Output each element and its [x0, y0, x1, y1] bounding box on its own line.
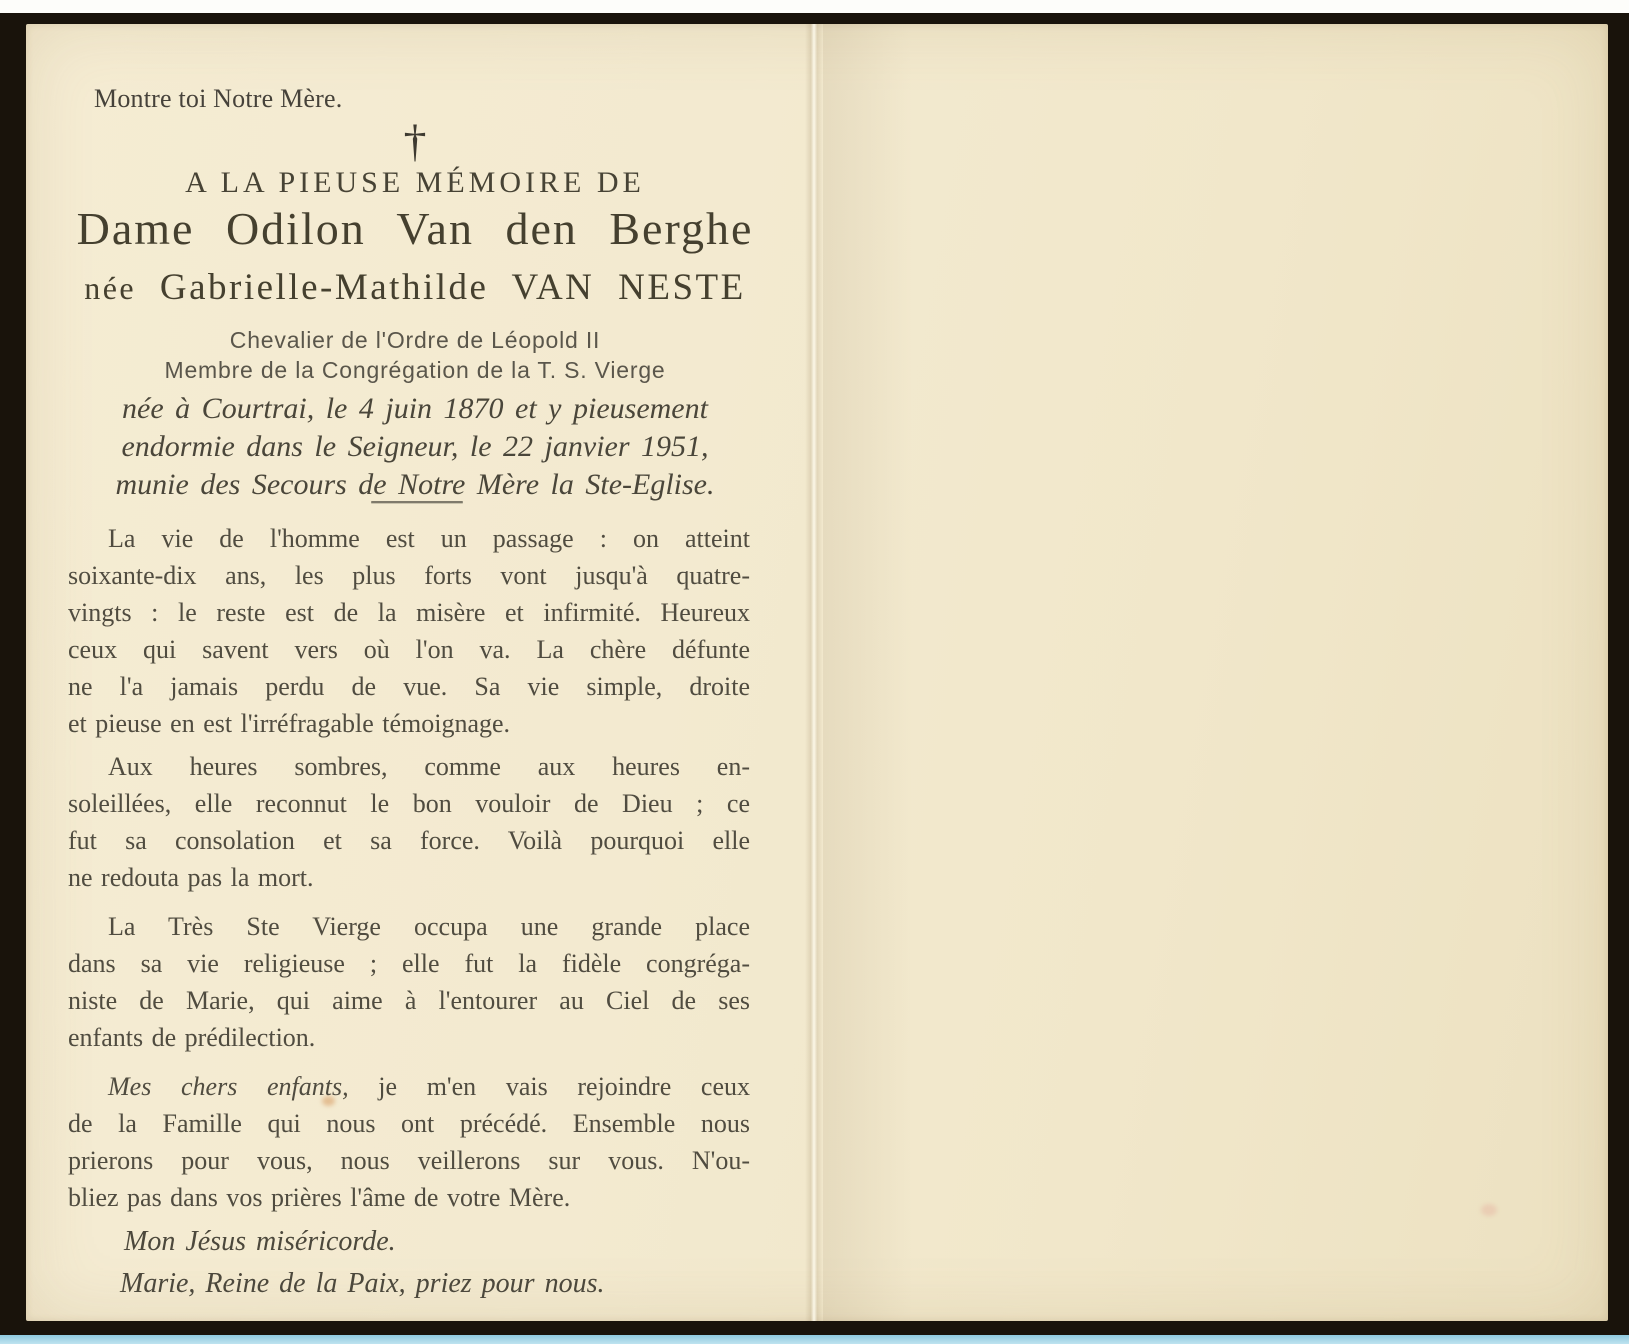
paragraph: La vie de l'homme est un passage : on at…: [68, 520, 750, 742]
paragraph: La Très Ste Vierge occupa une grande pla…: [68, 908, 750, 1056]
paragraph-line: soleillées, elle reconnut le bon vouloir…: [68, 785, 750, 822]
paragraph-line: enfants de prédilection.: [68, 1019, 750, 1056]
paragraph-line: ne l'a jamais perdu de vue. Sa vie simpl…: [68, 668, 750, 705]
italic-lead: Mes chers enfants,: [108, 1072, 349, 1101]
dates-block: née à Courtrai, le 4 juin 1870 et y pieu…: [70, 390, 760, 504]
honor-line: Membre de la Congrégation de la T. S. Vi…: [70, 357, 760, 384]
prayer-line: Marie, Reine de la Paix, priez pour nous…: [120, 1268, 604, 1300]
paragraph-line: vingts : le reste est de la misère et in…: [68, 594, 750, 631]
scanned-memorial-card: Montre toi Notre Mère. † A LA PIEUSE MÉM…: [0, 0, 1629, 1344]
divider-rule: [371, 501, 463, 503]
paragraph-line: prierons pour vous, nous veillerons sur …: [68, 1142, 750, 1179]
paragraph-line: Mes chers enfants, je m'en vais rejoindr…: [68, 1068, 750, 1105]
birth-name-prefix: née: [84, 270, 136, 306]
paragraph: Aux heures sombres, comme aux heures en-…: [68, 748, 750, 896]
paragraph-line: ne redouta pas la mort.: [68, 859, 750, 896]
paragraph-line: soixante-dix ans, les plus forts vont ju…: [68, 557, 750, 594]
paragraph-line: niste de Marie, qui aime à l'entourer au…: [68, 982, 750, 1019]
paragraph-line: bliez pas dans vos prières l'âme de votr…: [68, 1179, 750, 1216]
paragraph-line: dans sa vie religieuse ; elle fut la fid…: [68, 945, 750, 982]
opening-invocation: Montre toi Notre Mère.: [94, 84, 342, 114]
right-page: Monsieur et Madame VAN DEN BERGHE - van …: [813, 24, 1608, 1321]
deceased-name: Dame Odilon Van den Berghe: [70, 202, 760, 255]
birth-name-line: née Gabrielle-Mathilde VAN NESTE: [70, 266, 760, 309]
memorial-card: Montre toi Notre Mère. † A LA PIEUSE MÉM…: [26, 24, 1608, 1321]
paragraph-line: de la Famille qui nous ont précédé. Ense…: [68, 1105, 750, 1142]
paragraph-line: et pieuse en est l'irréfragable témoigna…: [68, 705, 750, 742]
birth-name: Gabrielle-Mathilde VAN NESTE: [160, 267, 746, 308]
paragraph-line: ceux qui savent vers où l'on va. La chèr…: [68, 631, 750, 668]
card-black-frame: Montre toi Notre Mère. † A LA PIEUSE MÉM…: [0, 13, 1629, 1335]
paragraph: Mes chers enfants, je m'en vais rejoindr…: [68, 1068, 750, 1216]
dates-line: endormie dans le Seigneur, le 22 janvier…: [70, 428, 760, 466]
scanner-edge-bottom: [0, 1335, 1629, 1344]
scanner-edge-top: [0, 0, 1629, 13]
left-page: Montre toi Notre Mère. † A LA PIEUSE MÉM…: [26, 24, 813, 1321]
paragraph-line: La vie de l'homme est un passage : on at…: [68, 520, 750, 557]
prayer-line: Mon Jésus miséricorde.: [124, 1226, 396, 1258]
paragraph-line: Aux heures sombres, comme aux heures en-: [68, 748, 750, 785]
cross-icon: †: [70, 118, 760, 164]
lead-rest: je m'en vais rejoindre ceux: [349, 1072, 750, 1101]
dates-line: munie des Secours de Notre Mère la Ste-E…: [70, 466, 760, 504]
paragraph-line: fut sa consolation et sa force. Voilà po…: [68, 822, 750, 859]
paragraph-line: La Très Ste Vierge occupa une grande pla…: [68, 908, 750, 945]
dates-line: née à Courtrai, le 4 juin 1870 et y pieu…: [70, 390, 760, 428]
memoriam-heading: A LA PIEUSE MÉMOIRE DE: [70, 166, 760, 200]
honor-line: Chevalier de l'Ordre de Léopold II: [70, 327, 760, 354]
